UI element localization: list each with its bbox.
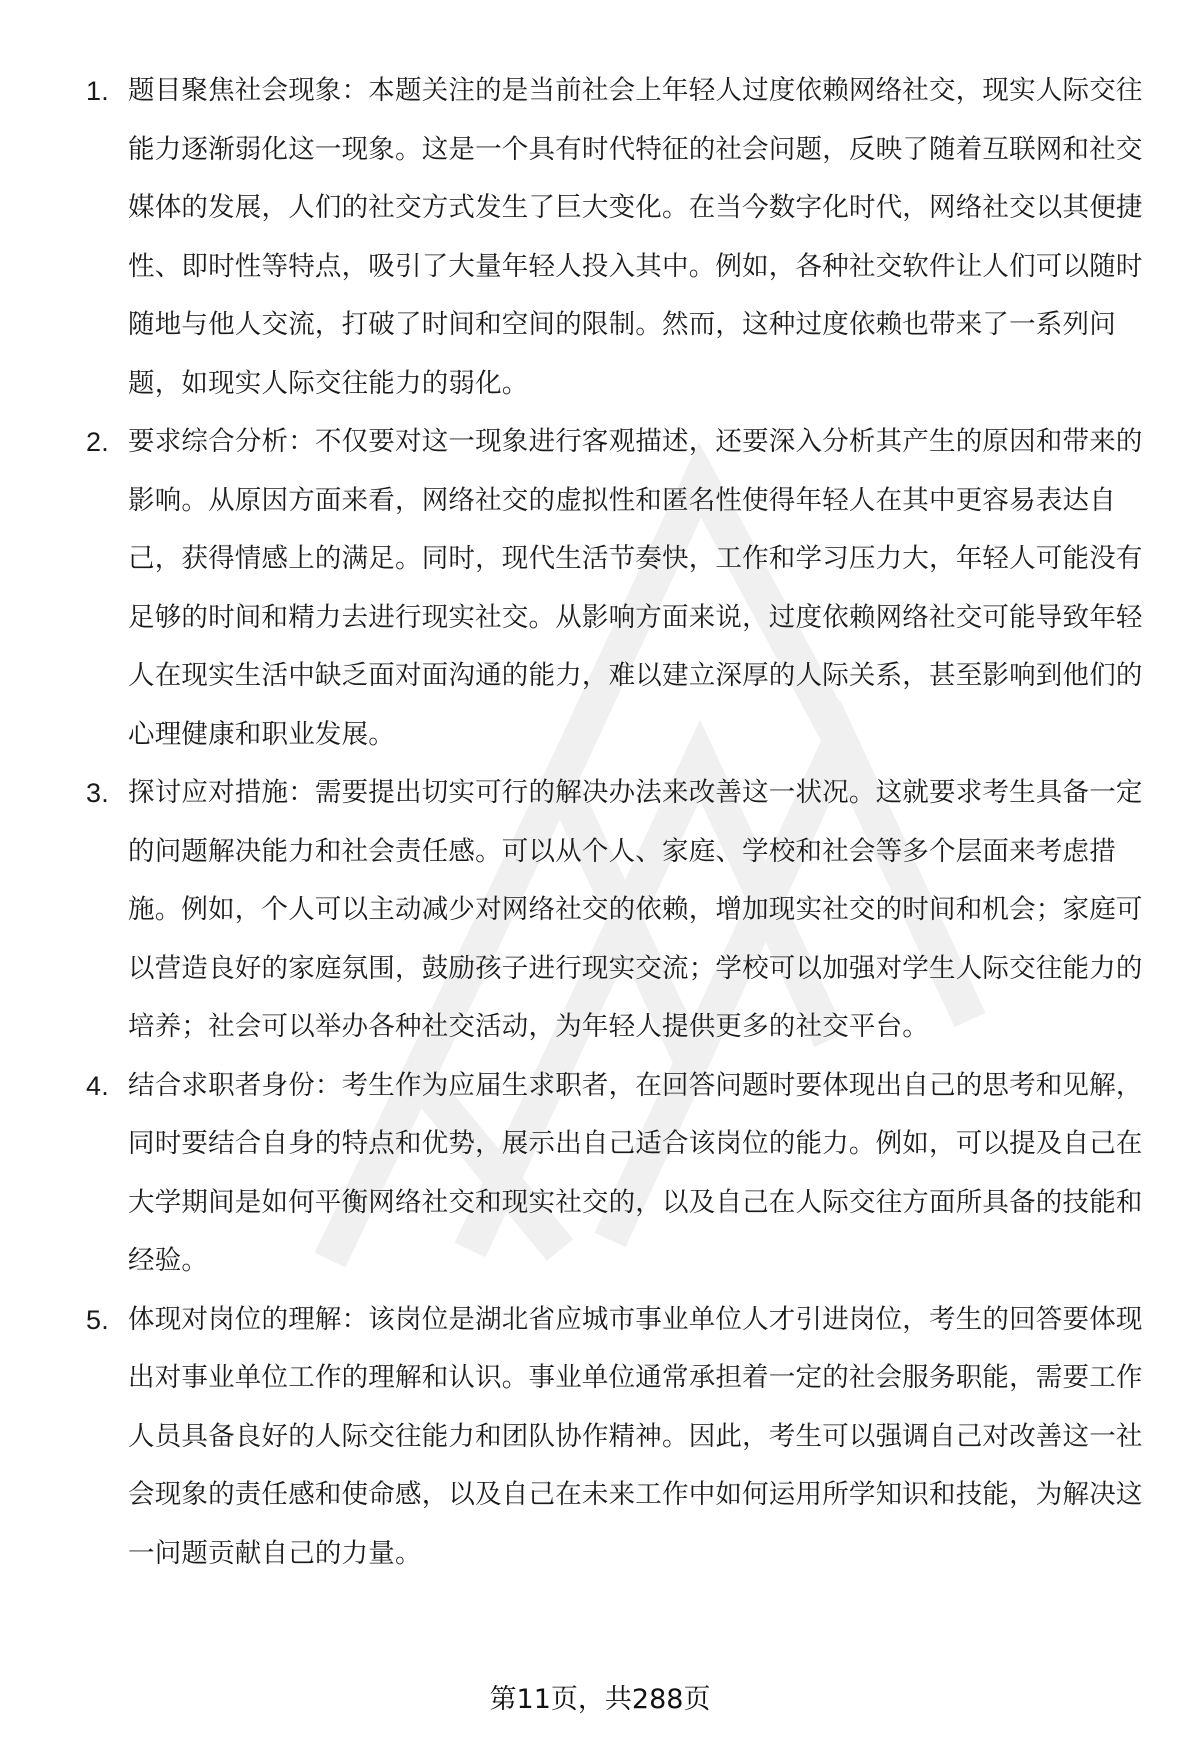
page-number-footer: 第11页，共288页 [0,1680,1200,1720]
list-item-number: 2. [86,413,126,472]
list-item: 3. 探讨应对措施：需要提出切实可行的解决办法来改善这一状况。这就要求考生具备一… [86,764,1146,1057]
list-item: 5. 体现对岗位的理解：该岗位是湖北省应城市事业单位人才引进岗位，考生的回答要体… [86,1291,1146,1584]
list-item: 4. 结合求职者身份：考生作为应届生求职者，在回答问题时要体现出自己的思考和见解… [86,1057,1146,1291]
document-page: 1. 题目聚焦社会现象：本题关注的是当前社会上年轻人过度依赖网络社交，现实人际交… [0,0,1200,1755]
list-item-number: 5. [86,1291,126,1350]
list-item-text: 探讨应对措施：需要提出切实可行的解决办法来改善这一状况。这就要求考生具备一定的问… [128,764,1146,1057]
list-item-text: 结合求职者身份：考生作为应届生求职者，在回答问题时要体现出自己的思考和见解，同时… [128,1057,1146,1291]
list-item-number: 3. [86,764,126,823]
list-item-number: 4. [86,1057,126,1116]
list-item-text: 题目聚焦社会现象：本题关注的是当前社会上年轻人过度依赖网络社交，现实人际交往能力… [128,62,1146,413]
list-item-number: 1. [86,62,126,121]
list-item: 1. 题目聚焦社会现象：本题关注的是当前社会上年轻人过度依赖网络社交，现实人际交… [86,62,1146,413]
list-item-text: 要求综合分析：不仅要对这一现象进行客观描述，还要深入分析其产生的原因和带来的影响… [128,413,1146,764]
list-item-text: 体现对岗位的理解：该岗位是湖北省应城市事业单位人才引进岗位，考生的回答要体现出对… [128,1291,1146,1584]
list-item: 2. 要求综合分析：不仅要对这一现象进行客观描述，还要深入分析其产生的原因和带来… [86,413,1146,764]
numbered-list: 1. 题目聚焦社会现象：本题关注的是当前社会上年轻人过度依赖网络社交，现实人际交… [86,62,1146,1583]
